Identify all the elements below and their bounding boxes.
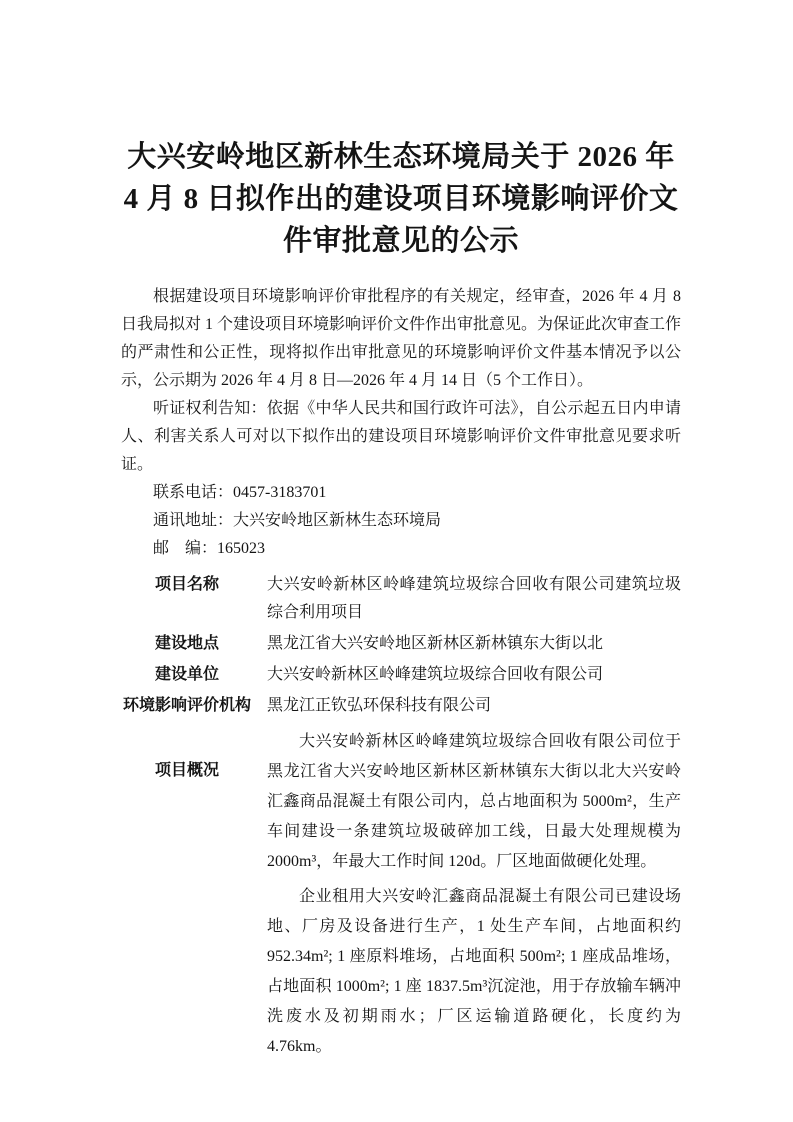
document-page: 大兴安岭地区新林生态环境局关于 2026 年 4 月 8 日拟作出的建设项目环境… [0, 0, 793, 1122]
document-title-line-3: 件审批意见的公示 [121, 220, 681, 262]
construction-unit-value: 大兴安岭新林区岭峰建筑垃圾综合回收有限公司 [267, 661, 681, 689]
project-name-label: 项目名称 [121, 571, 253, 599]
document-title-line-2: 4 月 8 日拟作出的建设项目环境影响评价文 [121, 178, 681, 220]
construction-unit-label: 建设单位 [121, 661, 253, 689]
eia-agency-value: 黑龙江正钦弘环保科技有限公司 [267, 692, 681, 720]
eia-agency-label: 环境影响评价机构 [121, 692, 253, 720]
construction-site-value: 黑龙江省大兴安岭地区新林区新林镇东大街以北 [267, 630, 681, 658]
table-row-project-name: 项目名称 大兴安岭新林区岭峰建筑垃圾综合回收有限公司建筑垃圾综合利用项目 [121, 571, 681, 627]
intro-paragraph: 根据建设项目环境影响评价审批程序的有关规定，经审查，2026 年 4 月 8 日… [121, 283, 681, 395]
hearing-rights-paragraph: 听证权利告知：依据《中华人民共和国行政许可法》，自公示起五日内申请人、利害关系人… [121, 395, 681, 479]
project-overview-label: 项目概况 [121, 757, 253, 785]
contact-address-line: 通讯地址：大兴安岭地区新林生态环境局 [121, 507, 681, 535]
project-overview-paragraph-1: 大兴安岭新林区岭峰建筑垃圾综合回收有限公司位于黑龙江省大兴安岭地区新林区新林镇东… [267, 727, 681, 877]
construction-site-label: 建设地点 [121, 630, 253, 658]
document-title-line-1: 大兴安岭地区新林生态环境局关于 2026 年 [121, 136, 681, 178]
table-row-project-overview: 项目概况 大兴安岭新林区岭峰建筑垃圾综合回收有限公司位于黑龙江省大兴安岭地区新林… [121, 727, 681, 1062]
table-row-construction-unit: 建设单位 大兴安岭新林区岭峰建筑垃圾综合回收有限公司 [121, 661, 681, 689]
contact-phone-line: 联系电话：0457-3183701 [121, 479, 681, 507]
project-overview-paragraph-2: 企业租用大兴安岭汇鑫商品混凝土有限公司已建设场地、厂房及设备进行生产，1 处生产… [267, 882, 681, 1062]
table-row-construction-site: 建设地点 黑龙江省大兴安岭地区新林区新林镇东大街以北 [121, 630, 681, 658]
document-title: 大兴安岭地区新林生态环境局关于 2026 年 4 月 8 日拟作出的建设项目环境… [121, 136, 681, 262]
project-info-table: 项目名称 大兴安岭新林区岭峰建筑垃圾综合回收有限公司建筑垃圾综合利用项目 建设地… [121, 571, 681, 1062]
contact-postcode-line: 邮 编：165023 [121, 535, 681, 563]
project-overview-value: 大兴安岭新林区岭峰建筑垃圾综合回收有限公司位于黑龙江省大兴安岭地区新林区新林镇东… [267, 727, 681, 1062]
project-name-value: 大兴安岭新林区岭峰建筑垃圾综合回收有限公司建筑垃圾综合利用项目 [267, 571, 681, 627]
table-row-eia-agency: 环境影响评价机构 黑龙江正钦弘环保科技有限公司 [121, 692, 681, 720]
